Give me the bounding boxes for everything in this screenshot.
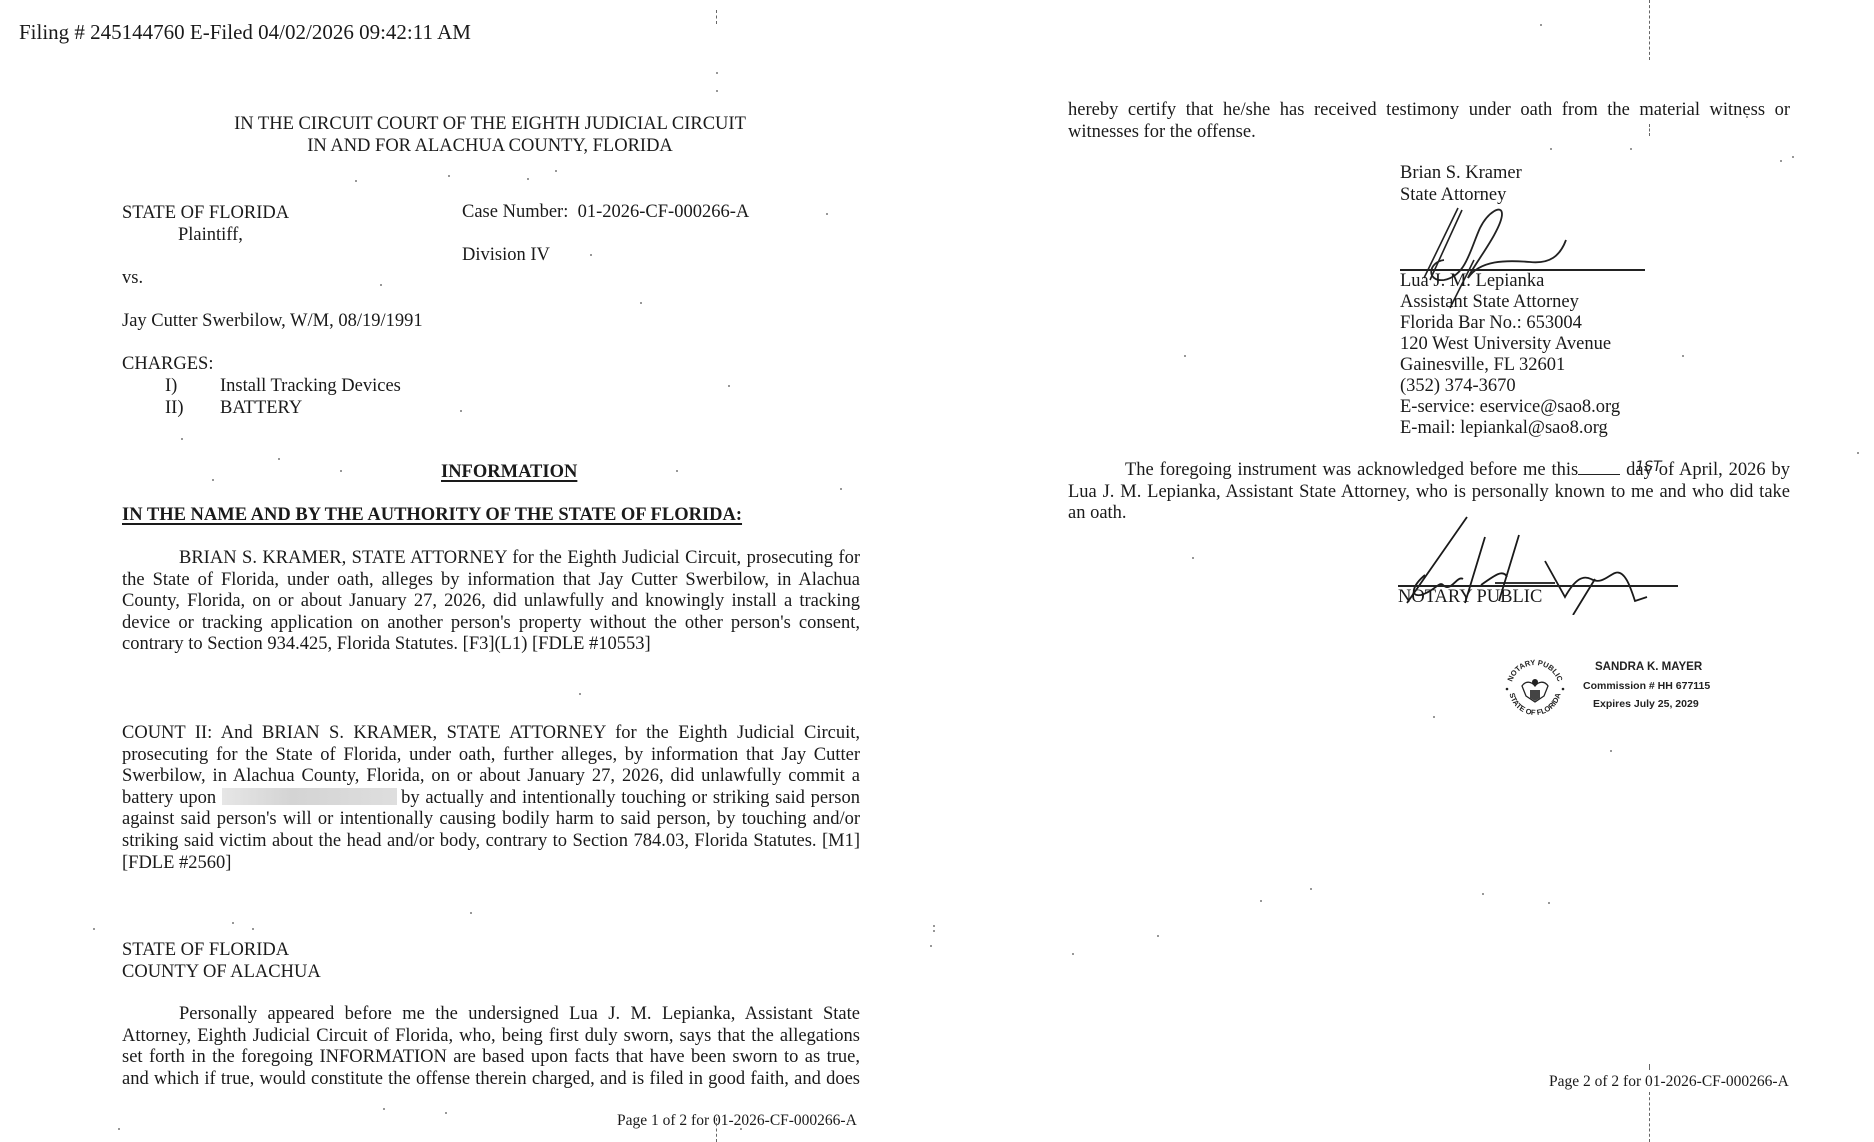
- scan-artifact: [1649, 1092, 1651, 1142]
- signer-bar-number: Florida Bar No.: 653004: [1400, 313, 1582, 335]
- filing-header: Filing # 245144760 E-Filed 04/02/2026 09…: [19, 20, 471, 45]
- ack-day-handwritten: 1ST: [1578, 460, 1620, 475]
- scan-artifact: [716, 10, 718, 24]
- charge-1-number: I): [165, 376, 177, 398]
- charge-2-number: II): [165, 398, 183, 420]
- page-1-footer: Page 1 of 2 for 01-2026-CF-000266-A: [617, 1112, 857, 1130]
- signer-eservice: E-service: eservice@sao8.org: [1400, 397, 1620, 419]
- count-1-paragraph: BRIAN S. KRAMER, STATE ATTORNEY for the …: [122, 548, 860, 656]
- stamp-commission: Commission # HH 677115: [1583, 680, 1710, 692]
- scan-artifact: [716, 1118, 718, 1142]
- scan-artifact: [1649, 124, 1651, 136]
- signer-address-line1: 120 West University Avenue: [1400, 334, 1611, 356]
- count-2-paragraph: COUNT II: And BRIAN S. KRAMER, STATE ATT…: [122, 723, 860, 874]
- certification-continuation: hereby certify that he/she has received …: [1068, 100, 1790, 143]
- versus: vs.: [122, 268, 143, 290]
- division: Division IV: [462, 245, 550, 267]
- ack-text-before-day: The foregoing instrument was acknowledge…: [1125, 460, 1578, 480]
- scan-artifact: [1649, 0, 1651, 60]
- plaintiff-role: Plaintiff,: [178, 225, 243, 247]
- court-title-line1: IN THE CIRCUIT COURT OF THE EIGHTH JUDIC…: [0, 114, 980, 136]
- scan-artifact: [1649, 1064, 1651, 1070]
- case-number-value: 01-2026-CF-000266-A: [578, 202, 750, 222]
- venue-state: STATE OF FLORIDA: [122, 940, 289, 962]
- case-number: Case Number: 01-2026-CF-000266-A: [462, 202, 749, 224]
- charges-label: CHARGES:: [122, 354, 214, 376]
- court-title-line2: IN AND FOR ALACHUA COUNTY, FLORIDA: [0, 136, 980, 158]
- stamp-expiration: Expires July 25, 2029: [1593, 698, 1699, 710]
- signer-title: Assistant State Attorney: [1400, 292, 1579, 314]
- signer-phone: (352) 374-3670: [1400, 376, 1516, 398]
- notary-public-label: NOTARY PUBLIC: [1398, 587, 1542, 609]
- ack-text-after-day: day of April, 2026 by: [1626, 460, 1790, 480]
- oath-paragraph: Personally appeared before me the unders…: [122, 1004, 860, 1090]
- state-attorney-name: Brian S. Kramer: [1400, 163, 1522, 185]
- defendant: Jay Cutter Swerbilow, W/M, 08/19/1991: [122, 311, 423, 333]
- plaintiff-name: STATE OF FLORIDA: [122, 203, 289, 225]
- signer-email: E-mail: lepiankal@sao8.org: [1400, 418, 1608, 440]
- signer-address-line2: Gainesville, FL 32601: [1400, 355, 1565, 377]
- case-number-label: Case Number:: [462, 202, 568, 222]
- authority-heading: IN THE NAME AND BY THE AUTHORITY OF THE …: [122, 505, 742, 527]
- document-title: INFORMATION: [441, 462, 577, 484]
- charge-2-label: BATTERY: [220, 398, 302, 420]
- redacted-victim-name: [222, 788, 397, 805]
- stamp-notary-name: SANDRA K. MAYER: [1595, 661, 1702, 673]
- charge-1-label: Install Tracking Devices: [220, 376, 401, 398]
- signer-name: Lua J. M. Lepianka: [1400, 271, 1544, 293]
- page-2-footer: Page 2 of 2 for 01-2026-CF-000266-A: [1549, 1073, 1789, 1091]
- notary-seal-icon: NOTARY PUBLIC STATE OF FLORIDA: [1502, 656, 1568, 722]
- venue-county: COUNTY OF ALACHUA: [122, 962, 321, 984]
